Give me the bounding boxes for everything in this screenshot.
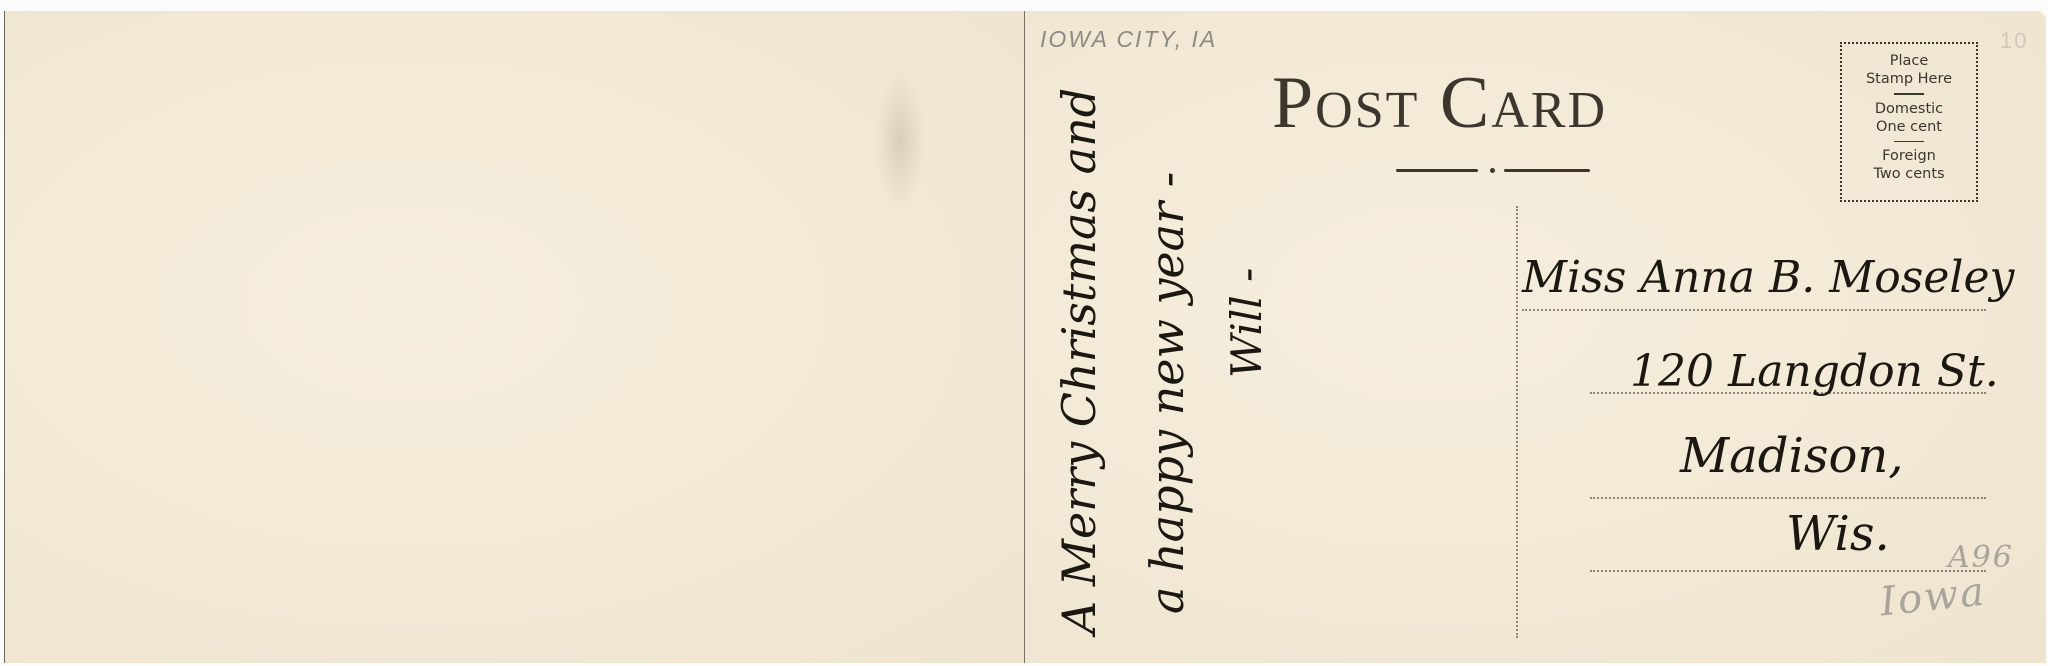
- corner-number-annotation: 10: [2000, 28, 2028, 54]
- stamp-box-rule: [1894, 141, 1924, 143]
- message-address-divider: [1516, 206, 1518, 638]
- postcard-title: Post Card: [1272, 66, 1607, 140]
- domestic-label: Domestic: [1842, 100, 1976, 118]
- title-ornament-divider: [1396, 166, 1590, 174]
- foreign-rate: Two cents: [1842, 165, 1976, 183]
- stamp-placement-box: Place Stamp Here Domestic One cent Forei…: [1840, 42, 1978, 202]
- recipient-state: Wis.: [1786, 506, 1890, 562]
- recipient-street: 120 Langdon St.: [1630, 346, 1999, 397]
- address-line-4: [1590, 570, 1986, 572]
- message-line-2: a happy new year -: [1140, 172, 1194, 614]
- domestic-rate: One cent: [1842, 118, 1976, 136]
- postcard-inside-blank-panel: [4, 11, 1024, 663]
- location-annotation: IOWA CITY, IA: [1040, 26, 1217, 53]
- stamp-label-line1: Place: [1842, 52, 1976, 70]
- stamp-box-rule: [1894, 93, 1924, 95]
- foreign-label: Foreign: [1842, 147, 1976, 165]
- address-line-1: [1522, 309, 1986, 311]
- message-line-1: A Merry Christmas and: [1052, 88, 1106, 634]
- stamp-label-line2: Stamp Here: [1842, 70, 1976, 88]
- address-line-3: [1590, 497, 1986, 499]
- recipient-name: Miss Anna B. Moseley: [1522, 252, 2014, 303]
- message-signature: Will -: [1222, 268, 1271, 378]
- recipient-city: Madison,: [1680, 428, 1904, 484]
- stain-mark: [875, 71, 925, 211]
